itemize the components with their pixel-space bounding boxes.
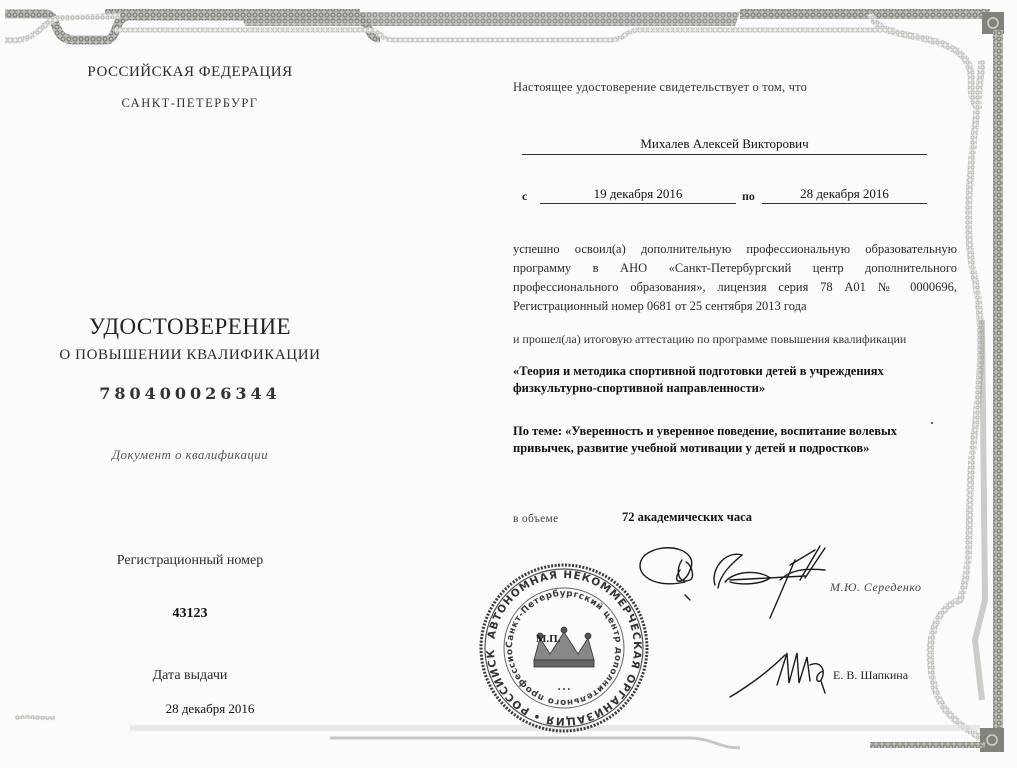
secretary-name: Е. В. Шапкина <box>833 668 908 683</box>
issue-date-label: Дата выдачи <box>0 668 380 684</box>
period-to-date: 28 декабря 2016 <box>762 186 927 204</box>
volume-label: в объеме <box>513 513 558 525</box>
director-signature <box>630 540 835 625</box>
svg-text:• • •: • • • <box>558 685 571 694</box>
document-type: Документ о квалификации <box>0 447 380 463</box>
left-page: РОССИЙСКАЯ ФЕДЕРАЦИЯ САНКТ-ПЕТЕРБУРГ УДО… <box>0 0 490 768</box>
speck-mark <box>931 422 933 424</box>
official-seal-stamp: АВТОНОМНАЯ НЕКОММЕРЧЕСКАЯ ОРГАНИЗАЦИЯ • … <box>478 562 650 734</box>
issue-date: 28 декабря 2016 <box>20 701 400 717</box>
program-topic: По теме: «Уверенность и уверенное поведе… <box>513 423 953 457</box>
volume-value: 72 академических часа <box>622 510 752 525</box>
period-from-label: с <box>522 189 527 204</box>
secretary-signature <box>725 645 835 700</box>
attestation-text: и прошел(ла) итоговую аттестацию по прог… <box>513 332 957 347</box>
completion-text: успешно освоил(а) дополнительную професс… <box>513 240 957 316</box>
program-name: «Теория и методика спортивной подготовки… <box>513 363 953 397</box>
holder-name: Михалев Алексей Викторович <box>522 136 927 152</box>
registration-label: Регистрационный номер <box>0 553 380 569</box>
country-header: РОССИЙСКАЯ ФЕДЕРАЦИЯ <box>0 64 380 81</box>
period-to-label: по <box>742 189 755 204</box>
registration-number: 43123 <box>0 606 380 622</box>
director-name: М.Ю. Середенко <box>830 580 921 595</box>
document-title: УДОСТОВЕРЕНИЕ <box>0 314 380 340</box>
svg-text:М.П.: М.П. <box>536 633 561 645</box>
city-header: САНКТ-ПЕТЕРБУРГ <box>0 96 380 111</box>
period-from-date: 19 декабря 2016 <box>540 186 736 204</box>
intro-text: Настоящее удостоверение свидетельствует … <box>513 80 807 95</box>
document-number: 780400026344 <box>0 384 380 403</box>
document-subtitle: О ПОВЫШЕНИИ КВАЛИФИКАЦИИ <box>0 347 380 364</box>
